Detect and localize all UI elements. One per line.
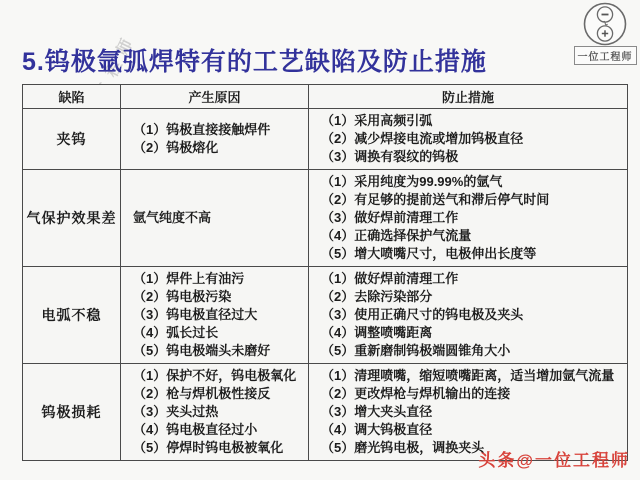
list-line: （2）减少焊接电流或增加钨极直径 xyxy=(321,130,623,148)
table-row: 电弧不稳（1）焊件上有油污（2）钨电极污染（3）钨电极直径过大（4）弧长过长（5… xyxy=(23,267,628,364)
list-line: （3）使用正确尺寸的钨电极及夹头 xyxy=(321,306,623,324)
list-line: （2）去除污染部分 xyxy=(321,288,623,306)
col-header-measure: 防止措施 xyxy=(309,85,628,109)
table-header-row: 缺陷 产生原因 防止措施 xyxy=(23,85,628,109)
list-line: （2）钨极熔化 xyxy=(133,139,304,157)
causes-cell: 氩气纯度不高 xyxy=(121,170,309,267)
causes-cell: （1）保护不好，钨电极氧化（2）枪与焊机极性接反（3）夹头过热（4）钨电极直径过… xyxy=(121,364,309,461)
list-line: （5）增大喷嘴尺寸，电极伸出长度等 xyxy=(321,245,623,263)
list-line: （2）更改焊枪与焊机输出的连接 xyxy=(321,385,623,403)
list-line: （3）增大夹头直径 xyxy=(321,403,623,421)
table-row: 气保护效果差氩气纯度不高（1）采用纯度为99.99%的氩气（2）有足够的提前送气… xyxy=(23,170,628,267)
logo-label: 一位工程师 xyxy=(574,46,637,65)
defect-cell: 夹钨 xyxy=(23,109,121,170)
measures-cell: （1）做好焊前清理工作（2）去除污染部分（3）使用正确尺寸的钨电极及夹头（4）调… xyxy=(309,267,628,364)
list-line: （5）重新磨制钨极端圆锥角大小 xyxy=(321,342,623,360)
list-line: （3）调换有裂纹的钨极 xyxy=(321,148,623,166)
list-line: （2）钨电极污染 xyxy=(133,288,304,306)
list-line: （1）采用高频引弧 xyxy=(321,112,623,130)
list-line: （3）夹头过热 xyxy=(133,403,304,421)
list-line: （3）做好焊前清理工作 xyxy=(321,209,623,227)
defect-cell: 气保护效果差 xyxy=(23,170,121,267)
list-line: （1）清理喷嘴，缩短喷嘴距离，适当增加氩气流量 xyxy=(321,367,623,385)
defects-table: 缺陷 产生原因 防止措施 夹钨（1）钨极直接接触焊件（2）钨极熔化（1）采用高频… xyxy=(22,84,628,461)
list-line: （2）有足够的提前送气和滞后停气时间 xyxy=(321,191,623,209)
defect-cell: 钨极损耗 xyxy=(23,364,121,461)
list-line: （4）正确选择保护气流量 xyxy=(321,227,623,245)
list-line: （5）钨电极端头未磨好 xyxy=(133,342,304,360)
list-line: （4）调大钨极直径 xyxy=(321,421,623,439)
list-line: （4）调整喷嘴距离 xyxy=(321,324,623,342)
table-row: 夹钨（1）钨极直接接触焊件（2）钨极熔化（1）采用高频引弧（2）减少焊接电流或增… xyxy=(23,109,628,170)
list-line: （1）采用纯度为99.99%的氩气 xyxy=(321,173,623,191)
col-header-defect: 缺陷 xyxy=(23,85,121,109)
col-header-cause: 产生原因 xyxy=(121,85,309,109)
footer-watermark: 头条@一位工程师 xyxy=(478,446,630,471)
site-logo: 一位工程师 xyxy=(574,2,636,65)
measures-cell: （1）采用纯度为99.99%的氩气（2）有足够的提前送气和滞后停气时间（3）做好… xyxy=(309,170,628,267)
list-line: 氩气纯度不高 xyxy=(133,209,304,227)
page-title: 5.钨极氩弧焊特有的工艺缺陷及防止措施 xyxy=(22,42,487,78)
list-line: （4）弧长过长 xyxy=(133,324,304,342)
list-line: （3）钨电极直径过大 xyxy=(133,306,304,324)
causes-cell: （1）焊件上有油污（2）钨电极污染（3）钨电极直径过大（4）弧长过长（5）钨电极… xyxy=(121,267,309,364)
list-line: （1）做好焊前清理工作 xyxy=(321,270,623,288)
list-line: （4）钨电极直径过小 xyxy=(133,421,304,439)
list-line: （5）停焊时钨电极被氧化 xyxy=(133,439,304,457)
defect-cell: 电弧不稳 xyxy=(23,267,121,364)
list-line: （1）钨极直接接触焊件 xyxy=(133,121,304,139)
list-line: （1）保护不好，钨电极氧化 xyxy=(133,367,304,385)
measures-cell: （1）采用高频引弧（2）减少焊接电流或增加钨极直径（3）调换有裂纹的钨极 xyxy=(309,109,628,170)
causes-cell: （1）钨极直接接触焊件（2）钨极熔化 xyxy=(121,109,309,170)
list-line: （2）枪与焊机极性接反 xyxy=(133,385,304,403)
electrode-polarity-circle-icon xyxy=(581,2,629,49)
list-line: （1）焊件上有油污 xyxy=(133,270,304,288)
